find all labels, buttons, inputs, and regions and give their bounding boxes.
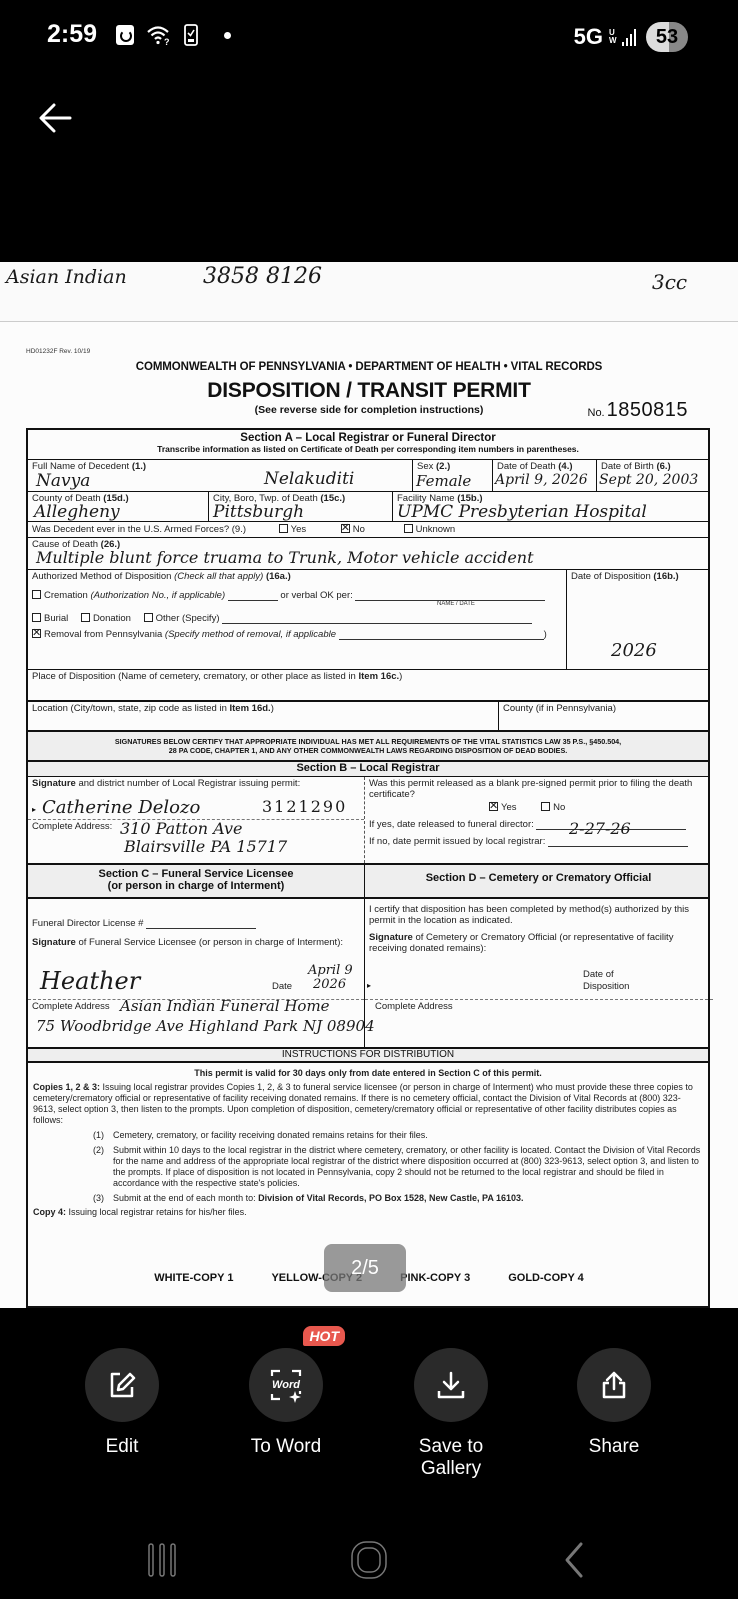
signal-icon: [622, 28, 636, 46]
decedent-row: Full Name of Decedent (1.) Navya Nelakud…: [28, 460, 708, 492]
licensee-address-2: 75 Woodbridge Ave Highland Park NJ 08904: [36, 1017, 375, 1035]
status-right: 5G UW 53: [574, 22, 688, 52]
date-of-birth: Sept 20, 2003: [599, 472, 698, 488]
section-cd-header: Section C – Funeral Service Licensee (or…: [28, 865, 708, 899]
licensee-address-1: Asian Indian Funeral Home: [120, 997, 330, 1015]
armed-unknown-checkbox[interactable]: [404, 524, 413, 533]
registrar-signature: Catherine Delozo: [42, 797, 200, 818]
agency-header: COMMONWEALTH OF PENNSYLVANIA • DEPARTMEN…: [0, 361, 738, 373]
instructions-header: INSTRUCTIONS FOR DISTRIBUTION: [28, 1049, 708, 1063]
registrar-address-2: Blairsville PA 15717: [124, 837, 287, 856]
arrow-left-icon: [36, 98, 76, 138]
svg-text:?: ?: [164, 37, 170, 46]
system-nav-bar: [0, 1488, 738, 1599]
form-revision: HD01232F Rev. 10/19: [26, 348, 90, 355]
network-type: 5G: [574, 24, 603, 50]
phone-check-icon: [184, 24, 198, 46]
download-icon: [435, 1369, 467, 1401]
share-button[interactable]: Share: [559, 1348, 669, 1458]
section-a-header: Section A – Local Registrar or Funeral D…: [28, 430, 708, 460]
copy-label: PINK-COPY 3: [400, 1272, 470, 1284]
recent-apps-icon: [144, 1540, 180, 1580]
status-time: 2:59: [47, 20, 97, 49]
share-icon: [598, 1369, 630, 1401]
facility-name: UPMC Presbyterian Hospital: [397, 502, 647, 522]
save-to-gallery-button[interactable]: Save to Gallery: [395, 1348, 507, 1480]
word-icon: Word: [268, 1367, 304, 1403]
permit-number: No.1850815: [588, 399, 689, 422]
location-row: Location (City/town, state, zip code as …: [28, 702, 708, 732]
back-button[interactable]: [36, 98, 76, 138]
decedent-sex: Female: [416, 472, 471, 490]
licensee-date-1: April 9: [308, 963, 353, 978]
date-of-disposition: 2026: [611, 640, 657, 661]
cause-of-death: Multiple blunt force truama to Trunk, Mo…: [36, 548, 534, 567]
other-checkbox[interactable]: [144, 613, 153, 622]
licensee-signature: Heather: [40, 967, 140, 995]
place-of-death-row: County of Death (15d.) Allegheny City, B…: [28, 492, 708, 522]
page-indicator: 2/5: [324, 1244, 406, 1292]
place-of-disposition-row: Place of Disposition (Name of cemetery, …: [28, 670, 708, 702]
section-b-body: Signature and district number of Local R…: [28, 777, 708, 865]
battery-indicator: 53: [646, 22, 688, 52]
certification-notice: SIGNATURES BELOW CERTIFY THAT APPROPRIAT…: [28, 732, 708, 762]
home-button[interactable]: [349, 1540, 389, 1585]
section-cd-body: Funeral Director License # Signature of …: [28, 899, 708, 1049]
system-back-button[interactable]: [559, 1540, 589, 1585]
disposition-method-row: Authorized Method of Disposition (Check …: [28, 570, 708, 670]
status-bar: 2:59 ? 5G UW 53: [0, 0, 738, 80]
date-of-death: April 9, 2026: [495, 472, 588, 488]
decedent-last-name: Nelakuditi: [264, 469, 354, 489]
copy-label: WHITE-COPY 1: [154, 1272, 233, 1284]
section-b-header: Section B – Local Registrar: [28, 762, 708, 777]
donation-checkbox[interactable]: [81, 613, 90, 622]
notification-dot-icon: [224, 32, 231, 39]
document-viewer[interactable]: Asian Indian 3858 8126 3cc HD01232F Rev.…: [0, 262, 738, 1308]
status-icons-left: ?: [116, 24, 231, 46]
network-sub: UW: [609, 29, 616, 45]
licensee-date-2: 2026: [313, 977, 346, 992]
attached-note-strip: Asian Indian 3858 8126 3cc: [0, 262, 738, 322]
svg-text:Word: Word: [272, 1379, 300, 1391]
copy-label: GOLD-COPY 4: [508, 1272, 584, 1284]
handwritten-copies: 3cc: [652, 270, 687, 294]
to-word-button[interactable]: Word HOT To Word: [231, 1348, 341, 1458]
recent-apps-button[interactable]: [144, 1540, 180, 1585]
instructions-body: This permit is valid for 30 days only fr…: [28, 1065, 708, 1221]
armed-forces-row: Was Decedent ever in the U.S. Armed Forc…: [28, 522, 708, 538]
cause-of-death-row: Cause of Death (26.) Multiple blunt forc…: [28, 538, 708, 570]
removal-checkbox[interactable]: [32, 629, 41, 638]
burial-checkbox[interactable]: [32, 613, 41, 622]
permit-page: HD01232F Rev. 10/19 COMMONWEALTH OF PENN…: [0, 322, 738, 1308]
chevron-left-icon: [559, 1540, 589, 1580]
edit-button[interactable]: Edit: [67, 1348, 177, 1458]
registrar-address-1: 310 Patton Ave: [120, 819, 243, 838]
city-of-death: Pittsburgh: [213, 502, 304, 522]
handwritten-number: 3858 8126: [203, 264, 322, 289]
edit-icon: [106, 1369, 138, 1401]
home-icon: [349, 1540, 389, 1580]
blank-no-checkbox[interactable]: [541, 802, 550, 811]
armed-no-checkbox[interactable]: [341, 524, 350, 533]
cremation-checkbox[interactable]: [32, 590, 41, 599]
app-notification-icon: [116, 25, 134, 45]
permit-form: Section A – Local Registrar or Funeral D…: [26, 428, 710, 1308]
registrar-district: 3121290: [262, 797, 347, 816]
action-bar: Edit Word HOT To Word Save to Gallery: [0, 1308, 738, 1488]
date-released: 2-27-26: [569, 819, 631, 838]
armed-yes-checkbox[interactable]: [279, 524, 288, 533]
handwritten-race: Asian Indian: [6, 266, 127, 288]
hot-badge: HOT: [303, 1326, 345, 1346]
wifi-question-icon: ?: [146, 24, 172, 46]
county-of-death: Allegheny: [34, 502, 120, 522]
blank-yes-checkbox[interactable]: [489, 802, 498, 811]
decedent-first-name: Navya: [36, 471, 90, 491]
